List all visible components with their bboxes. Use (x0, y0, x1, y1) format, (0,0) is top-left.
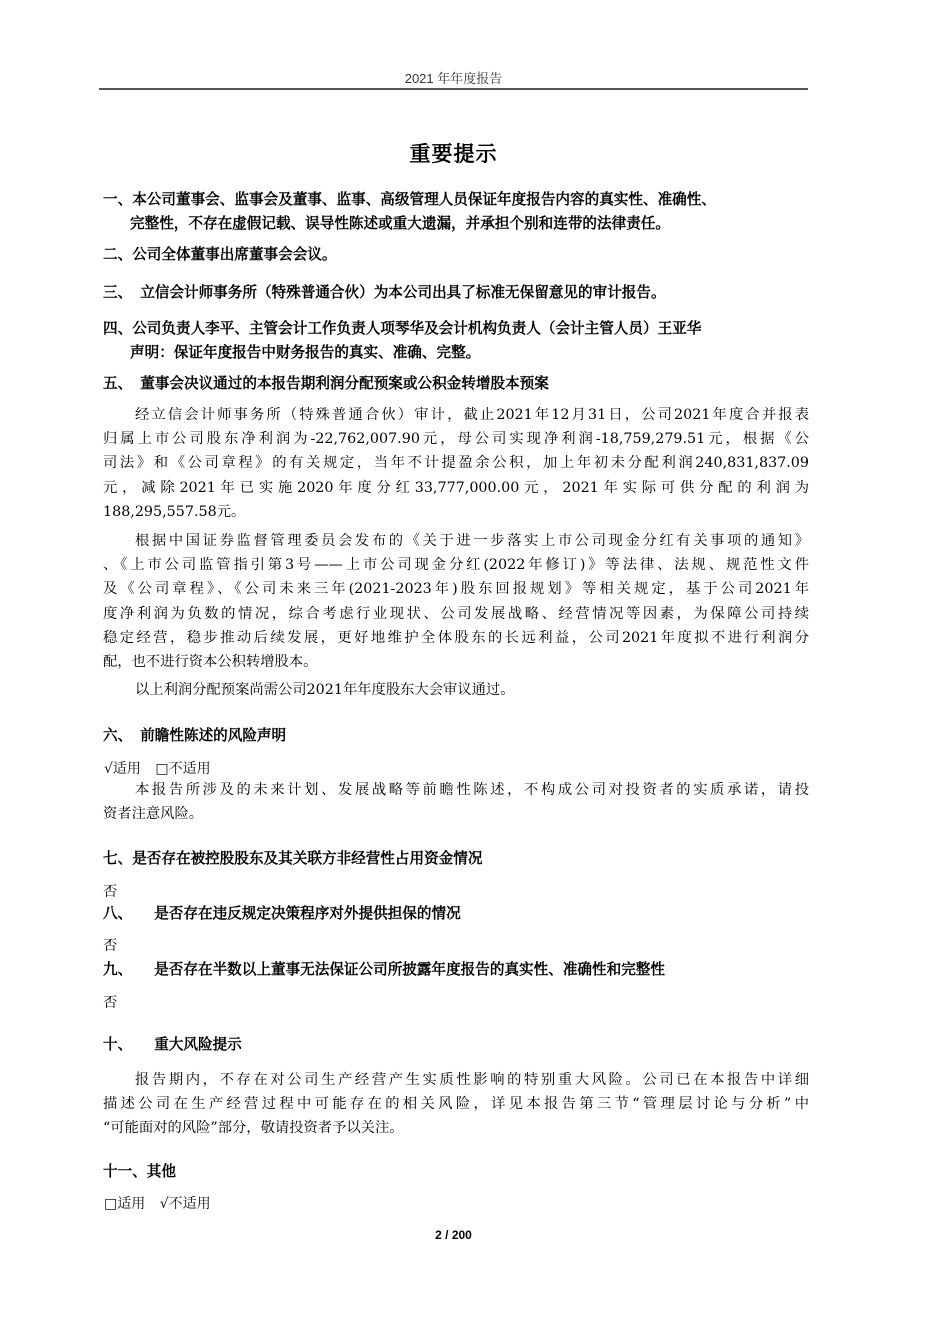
section-text: 立信会计师事务所（特殊普通合伙）为本公司出具了标准无保留意见的审计报告。 (140, 284, 665, 301)
section-number: 三、 (103, 281, 132, 305)
section-number: 八、 (103, 902, 132, 926)
section-number: 九、 (103, 958, 132, 982)
paragraph-line: 归属上市公司股东净利润为-22,762,007.90元，母公司实现净利润-18,… (103, 427, 809, 451)
section-11-heading: 十一、其他 (103, 1160, 176, 1184)
section-number: 二、 (103, 243, 132, 267)
section-7-heading: 七、是否存在被控股股东及其关联方非经营性占用资金情况 (103, 847, 482, 871)
section-11-applicability: □适用 √不适用 (104, 1193, 221, 1215)
paragraph-line: 188,295,557.58元。 (103, 500, 809, 524)
section-10-heading: 十、重大风险提示 (103, 1033, 242, 1057)
section-7-answer: 否 (103, 881, 117, 903)
empty-checkbox-icon: □ (104, 1196, 117, 1212)
section-number: 一、 (103, 188, 132, 212)
section-text: 公司全体董事出席董事会会议。 (132, 246, 336, 263)
section-number: 七、 (103, 847, 132, 871)
paragraph-line: 根据中国证券监督管理委员会发布的《关于进一步落实上市公司现金分红有关事项的通知》 (103, 529, 809, 553)
paragraph-line: 度净利润为负数的情况，综合考虑行业现状、公司发展战略、经营情况等因素，为保障公司… (103, 602, 809, 626)
profit-distribution-paragraph-3: 以上利润分配预案尚需公司2021年年度股东大会审议通过。 (103, 678, 809, 702)
section-text-continued: 声明：保证年度报告中财务报告的真实、准确、完整。 (103, 341, 701, 365)
check-mark-icon: √ (104, 761, 113, 777)
paragraph-line: 司法》和《公司章程》的有关规定，当年不计提盈余公积，加上年初未分配利润240,8… (103, 451, 809, 475)
section-text: 是否存在半数以上董事无法保证公司所披露年度报告的真实性、准确性和完整性 (154, 961, 665, 978)
paragraph-line: 及《公司章程》、《公司未来三年(2021-2023年)股东回报规划》等相关规定，… (103, 577, 809, 601)
section-number: 六、 (103, 724, 132, 748)
major-risk-paragraph: 报告期内，不存在对公司生产经营产生实质性影响的特别重大风险。公司已在本报告中详细… (103, 1068, 809, 1141)
section-text-continued: 完整性，不存在虚假记载、误导性陈述或重大遗漏，并承担个别和连带的法律责任。 (103, 212, 716, 236)
page-title: 重要提示 (99, 138, 808, 168)
section-2-heading: 二、公司全体董事出席董事会会议。 (103, 243, 337, 267)
paragraph-line: 本报告所涉及的未来计划、发展战略等前瞻性陈述，不构成公司对投资者的实质承诺，请投 (103, 778, 809, 802)
paragraph-line: 报告期内，不存在对公司生产经营产生实质性影响的特别重大风险。公司已在本报告中详细 (103, 1068, 809, 1092)
section-9-heading: 九、是否存在半数以上董事无法保证公司所披露年度报告的真实性、准确性和完整性 (103, 958, 665, 982)
option-label: 不适用 (169, 761, 211, 777)
paragraph-line: “可能面对的风险”部分，敬请投资者予以关注。 (103, 1116, 809, 1140)
option-label: 适用 (113, 761, 141, 777)
paragraph-line: 以上利润分配预案尚需公司2021年年度股东大会审议通过。 (103, 678, 809, 702)
paragraph-line: 元，减除2021年已实施2020年度分红33,777,000.00元，2021年… (103, 476, 809, 500)
section-8-answer: 否 (103, 935, 117, 957)
applicable-option: √适用 (104, 761, 141, 777)
paragraph-line: 稳定经营，稳步推动后续发展，更好地维护全体股东的长远利益，公司2021年度拟不进… (103, 626, 809, 650)
paragraph-line: 配，也不进行资本公积转增股本。 (103, 650, 809, 674)
paragraph-line: 经立信会计师事务所（特殊普通合伙）审计，截止2021年12月31日，公司2021… (103, 403, 809, 427)
section-number: 四、 (103, 317, 132, 341)
header-rule (99, 88, 808, 90)
section-text: 其他 (147, 1163, 176, 1180)
section-6-heading: 六、前瞻性陈述的风险声明 (103, 724, 286, 748)
section-number: 十一、 (103, 1160, 147, 1184)
section-number: 十、 (103, 1033, 132, 1057)
check-mark-icon: √ (160, 1196, 169, 1212)
section-8-heading: 八、是否存在违反规定决策程序对外提供担保的情况 (103, 902, 461, 926)
page-number: 2 / 200 (99, 1228, 808, 1242)
section-text: 董事会决议通过的本报告期利润分配预案或公积金转增股本预案 (140, 375, 549, 392)
section-9-answer: 否 (103, 992, 117, 1014)
section-text: 本公司董事会、监事会及董事、监事、高级管理人员保证年度报告内容的真实性、准确性、 (132, 191, 716, 208)
section-number: 五、 (103, 372, 132, 396)
document-page: 2021 年年度报告 重要提示 一、本公司董事会、监事会及董事、监事、高级管理人… (0, 0, 950, 1344)
applicable-option: □适用 (104, 1196, 145, 1212)
paragraph-line: 、《上市公司监管指引第3号——上市公司现金分红(2022年修订)》等法律、法规、… (103, 553, 809, 577)
section-5-heading: 五、董事会决议通过的本报告期利润分配预案或公积金转增股本预案 (103, 372, 549, 396)
section-6-applicability: √适用 □不适用 (104, 758, 221, 780)
section-text: 公司负责人李平、主管会计工作负责人项琴华及会计机构负责人（会计主管人员）王亚华 (132, 320, 701, 337)
profit-distribution-paragraph-2: 根据中国证券监督管理委员会发布的《关于进一步落实上市公司现金分红有关事项的通知》… (103, 529, 809, 674)
running-header: 2021 年年度报告 (99, 68, 808, 87)
section-text: 前瞻性陈述的风险声明 (140, 727, 286, 744)
not-applicable-option: √不适用 (160, 1196, 211, 1212)
section-4-heading: 四、公司负责人李平、主管会计工作负责人项琴华及会计机构负责人（会计主管人员）王亚… (103, 317, 701, 365)
empty-checkbox-icon: □ (155, 761, 168, 777)
option-label: 适用 (117, 1196, 145, 1212)
forward-looking-paragraph: 本报告所涉及的未来计划、发展战略等前瞻性陈述，不构成公司对投资者的实质承诺，请投… (103, 778, 809, 826)
section-3-heading: 三、立信会计师事务所（特殊普通合伙）为本公司出具了标准无保留意见的审计报告。 (103, 281, 666, 305)
section-1-heading: 一、本公司董事会、监事会及董事、监事、高级管理人员保证年度报告内容的真实性、准确… (103, 188, 716, 236)
section-text: 是否存在违反规定决策程序对外提供担保的情况 (154, 905, 460, 922)
paragraph-line: 描述公司在生产经营过程中可能存在的相关风险，详见本报告第三节“管理层讨论与分析”… (103, 1092, 809, 1116)
option-label: 不适用 (169, 1196, 211, 1212)
profit-distribution-paragraph-1: 经立信会计师事务所（特殊普通合伙）审计，截止2021年12月31日，公司2021… (103, 403, 809, 524)
not-applicable-option: □不适用 (155, 761, 210, 777)
section-text: 重大风险提示 (154, 1036, 242, 1053)
paragraph-line: 资者注意风险。 (103, 802, 809, 826)
section-text: 是否存在被控股股东及其关联方非经营性占用资金情况 (132, 850, 482, 867)
